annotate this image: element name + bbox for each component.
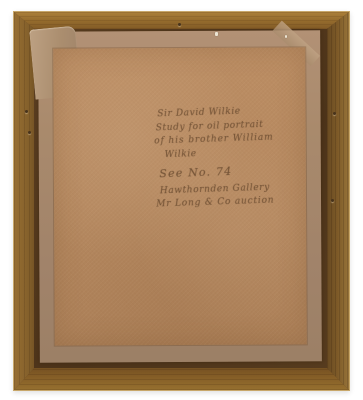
nail-hole: [333, 112, 336, 115]
nail-hole: [331, 199, 334, 202]
hardboard-panel: Sir David Wilkie Study for oil portrait …: [53, 47, 307, 345]
photo-of-frame-verso: Sir David Wilkie Study for oil portrait …: [0, 0, 363, 400]
paper-speck: [285, 35, 287, 38]
inscription-line: See No. 74: [159, 162, 319, 181]
handwritten-inscription: Sir David Wilkie Study for oil portrait …: [157, 103, 320, 212]
nail-hole: [25, 110, 28, 113]
paper-speck: [215, 32, 218, 36]
nail-hole: [178, 23, 181, 26]
picture-frame: Sir David Wilkie Study for oil portrait …: [13, 11, 350, 391]
backing-board: Sir David Wilkie Study for oil portrait …: [38, 30, 322, 362]
nail-hole: [28, 131, 31, 134]
